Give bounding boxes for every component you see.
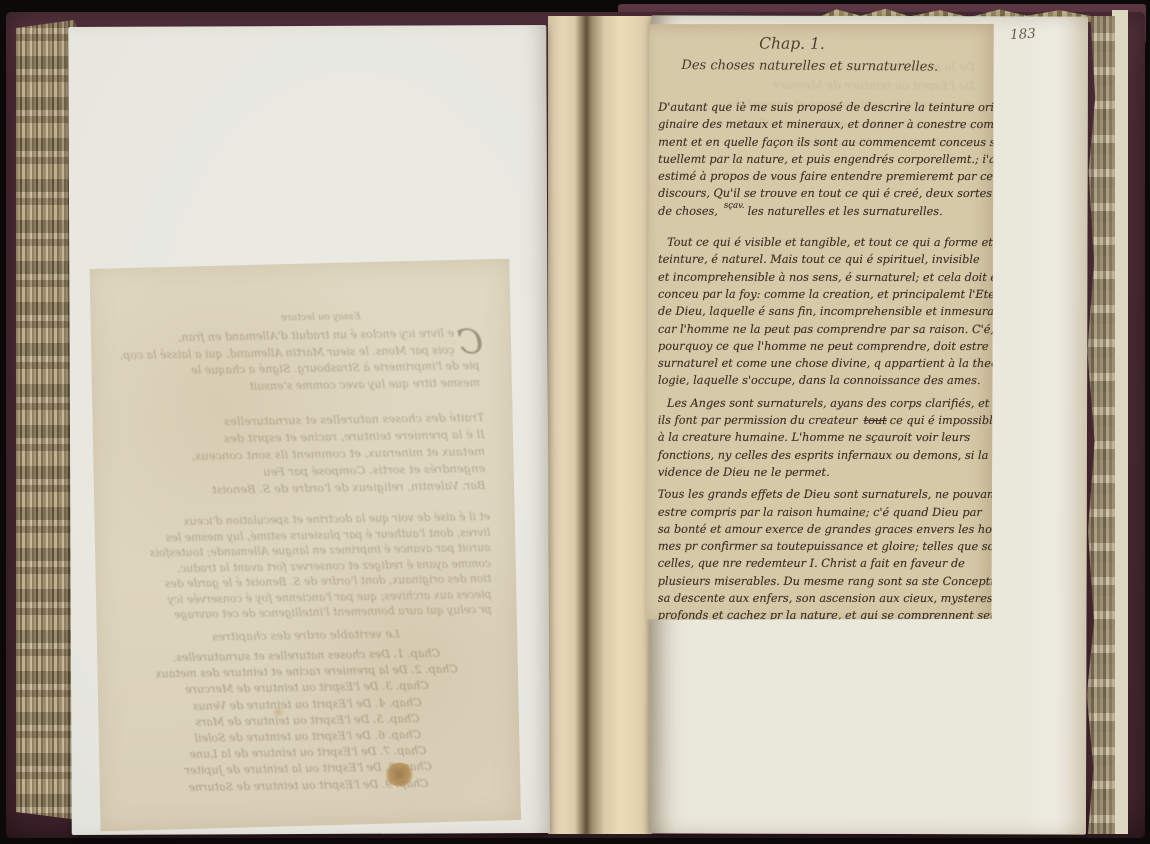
manuscript-line: celles, que nre redemteur I. Christ a fa…	[658, 555, 987, 573]
line-text: ce qui é impossible	[890, 414, 1000, 427]
photograph-of-open-book: Essay ou lecture C e livre icy enclos é …	[0, 0, 1150, 844]
right-manuscript-leaf: De la premiere racine et teinture des me…	[645, 22, 995, 622]
manuscript-line: Tous les grands effets de Dieu sont surn…	[658, 486, 987, 504]
left-page: Essay ou lecture C e livre icy enclos é …	[68, 25, 550, 835]
manuscript-line: plusieurs miserables. Du mesme rang sont…	[658, 572, 987, 590]
interlinear-insertion: sçav.	[724, 198, 745, 215]
binding-gutter	[548, 16, 652, 834]
manuscript-line: car l'homme ne la peut pas comprendre pa…	[658, 320, 987, 338]
right-page: 183 De la premiere racine et teinture de…	[649, 15, 1088, 834]
manuscript-line: Les Anges sont surnaturels, ayans des co…	[658, 394, 987, 412]
manuscript-line: profonds et cachez pr la nature, et qui …	[658, 607, 987, 625]
mirrored-bleed-through-text: Essay ou lecture C e livre icy enclos é …	[88, 259, 521, 832]
manuscript-line: conceu par la foy: comme la creation, et…	[658, 286, 987, 304]
manuscript-line: surnaturel et come une chose divine, q a…	[658, 355, 987, 373]
chapter-title: Des choses naturelles et surnaturelles.	[649, 58, 971, 75]
manuscript-line: mes pr confirmer sa toutepuissance et gl…	[658, 538, 987, 556]
bleed-chapter-list: Chap. 1. Des choses naturelles et surnat…	[124, 645, 490, 797]
bleed-header-line: Essay ou lecture	[129, 309, 513, 326]
manuscript-line: estre compris par la raison humaine; c'é…	[658, 503, 987, 521]
manuscript-line: lent par la foy.	[658, 624, 987, 642]
manuscript-line: discours, Qu'il se trouve en tout ce qui…	[658, 185, 987, 203]
manuscript-line: ginaire des metaux et mineraux, et donne…	[658, 116, 987, 134]
bleed-chapter-list-heading: Le veritable ordre des chapitres	[94, 624, 518, 645]
manuscript-line: et incomprehensible à nos sens, é surnat…	[658, 268, 987, 286]
manuscript-line-with-insertion: de choses,sçav.les naturelles et les sur…	[658, 203, 987, 223]
bleed-body-paragraph: et il é aisé de voir que la doctrine et …	[114, 509, 492, 624]
manuscript-line-with-strikethrough: ils font par permission du createurtoutc…	[658, 412, 987, 430]
paragraph-1: D'autant que iè me suis proposé de descr…	[658, 99, 987, 203]
manuscript-text-block: D'autant que iè me suis proposé de descr…	[658, 99, 987, 642]
manuscript-line: estimé à propos de vous faire entendre p…	[658, 168, 987, 186]
manuscript-line: sa descente aux enfers, son ascension au…	[658, 590, 987, 608]
page-number: 183	[1010, 26, 1037, 43]
paragraph-2: Tout ce qui é visible et tangible, et to…	[658, 234, 987, 390]
manuscript-line: logie, laquelle s'occupe, dans la connoi…	[658, 372, 987, 390]
manuscript-line: D'autant que iè me suis proposé de descr…	[658, 99, 987, 117]
manuscript-line: ment et en quelle façon ils sont au comm…	[658, 133, 987, 151]
line-text: ils font par permission du createur	[658, 414, 858, 427]
paragraph-3-continued: à la creature humaine. L'homme ne sçauro…	[658, 429, 987, 481]
manuscript-line: vidence de Dieu ne le permet.	[658, 464, 987, 482]
manuscript-line: tuellemt par la nature, et puis engendré…	[658, 151, 987, 169]
manuscript-line: fonctions, ny celles des esprits inferna…	[658, 446, 987, 464]
bleed-intro-paragraph: C e livre icy enclos é un traduit d'Alle…	[115, 325, 480, 397]
large-initial-letter: C	[457, 327, 484, 357]
bleed-title-block: Traité des choses naturelles et surnatur…	[114, 409, 485, 500]
chapter-heading: Chap. 1.	[649, 34, 935, 54]
manuscript-line: De l'Esprit ou teinture de Mercure	[675, 75, 975, 96]
left-manuscript-leaf: Essay ou lecture C e livre icy enclos é …	[88, 259, 521, 832]
manuscript-line: à la creature humaine. L'homme ne sçauro…	[658, 429, 987, 447]
manuscript-line: Tout ce qui é visible et tangible, et to…	[658, 234, 987, 252]
manuscript-line: sa bonté et amour exerce de grandes grac…	[658, 521, 987, 539]
manuscript-line: teinture, é naturel. Mais tout ce qui é …	[658, 251, 987, 269]
line-text: de choses,	[658, 205, 718, 218]
paragraph-4: Tous les grands effets de Dieu sont surn…	[658, 486, 987, 642]
manuscript-line: de Dieu, laquelle é sans fin, incomprehe…	[658, 303, 987, 321]
line-text: les naturelles et les surnaturelles.	[748, 205, 943, 218]
struck-out-word: tout	[864, 414, 887, 427]
manuscript-line: pourquoy ce que l'homme ne peut comprend…	[658, 338, 987, 356]
